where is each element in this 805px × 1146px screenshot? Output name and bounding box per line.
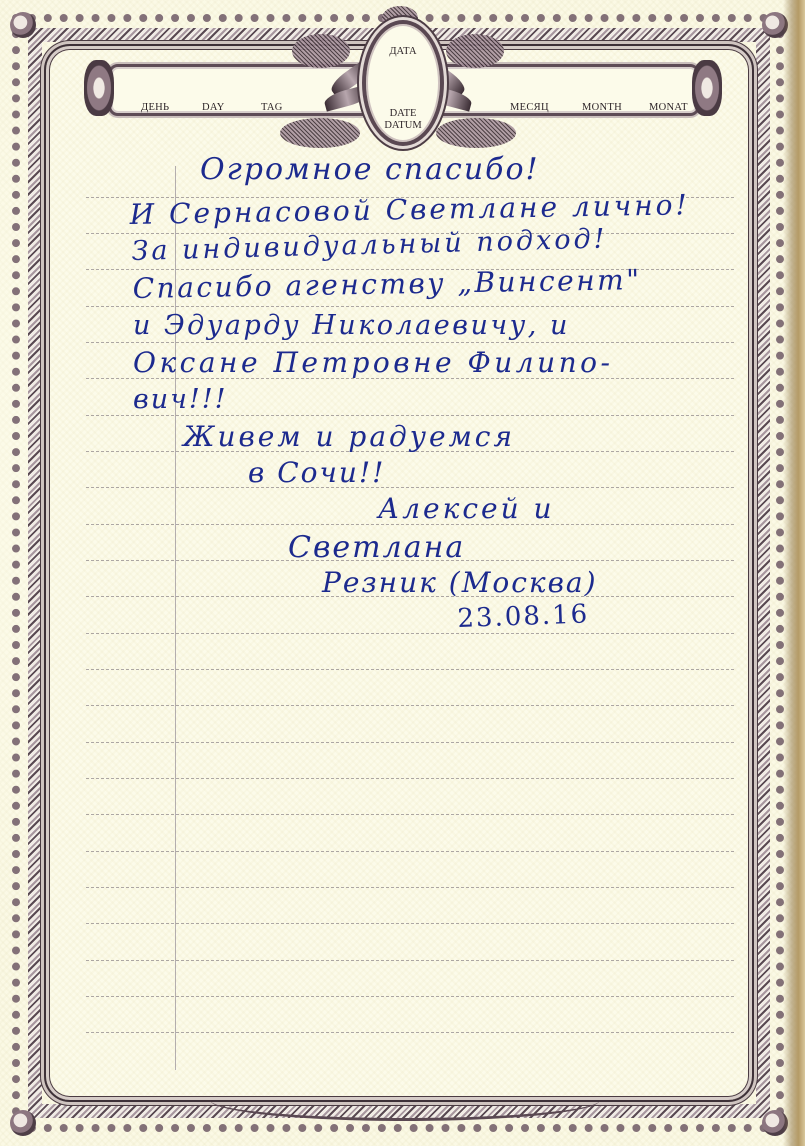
ruled-line	[86, 669, 734, 670]
day-label-ru: ДЕНЬ	[141, 102, 169, 113]
corner-ornament-top-left	[10, 12, 36, 38]
handwritten-line-8: Живем и радуемся	[183, 420, 515, 453]
ruled-line	[86, 415, 734, 416]
ruled-line	[86, 1032, 734, 1033]
date-label-ru: ДАТА	[366, 46, 440, 57]
banner-right-ornament	[692, 60, 722, 116]
handwritten-line-1: Огромное спасибо!	[200, 152, 540, 187]
handwritten-line-7: вич!!!	[133, 384, 227, 415]
ruled-line	[86, 487, 734, 488]
wreath-net-right-lower	[436, 118, 516, 148]
signature-surname-city: Резник (Москва)	[322, 566, 598, 599]
ruled-line	[86, 887, 734, 888]
wreath-net-left-lower	[280, 118, 360, 148]
signature-second-name: Светлана	[288, 530, 465, 565]
date-wreath-emblem: ДАТА DATE DATUM	[300, 6, 496, 146]
month-label-de: MONAT	[649, 102, 688, 113]
ruled-line	[86, 342, 734, 343]
ruled-line	[86, 705, 734, 706]
page-edge-shadow	[783, 0, 805, 1146]
banner-left-ornament	[84, 60, 114, 116]
ruled-line	[86, 960, 734, 961]
ruled-line	[86, 778, 734, 779]
date-label-de: DATUM	[366, 120, 440, 131]
day-label-de: TAG	[261, 102, 283, 113]
ruled-line	[86, 633, 734, 634]
signature-date: 23.08.16	[457, 599, 590, 634]
handwritten-line-9: в Сочи!!	[248, 456, 385, 489]
handwritten-line-6: Оксане Петровне Филипо-	[133, 346, 613, 379]
ruled-line	[86, 742, 734, 743]
ruled-line	[86, 996, 734, 997]
wreath-net-right-upper	[446, 34, 504, 68]
date-medallion: ДАТА DATE DATUM	[362, 20, 444, 146]
signature-first-name: Алексей и	[378, 492, 555, 525]
ruled-line	[86, 851, 734, 852]
handwritten-line-5: и Эдуарду Николаевичу, и	[133, 310, 570, 341]
wreath-net-left-upper	[292, 34, 350, 68]
date-label-en: DATE	[366, 108, 440, 119]
month-label-ru: МЕСЯЦ	[510, 102, 549, 113]
corner-ornament-bottom-left	[10, 1110, 36, 1136]
month-label-en: MONTH	[582, 102, 622, 113]
ruled-line	[86, 306, 734, 307]
ruled-line	[86, 814, 734, 815]
ruled-line	[86, 923, 734, 924]
day-label-en: DAY	[202, 102, 225, 113]
